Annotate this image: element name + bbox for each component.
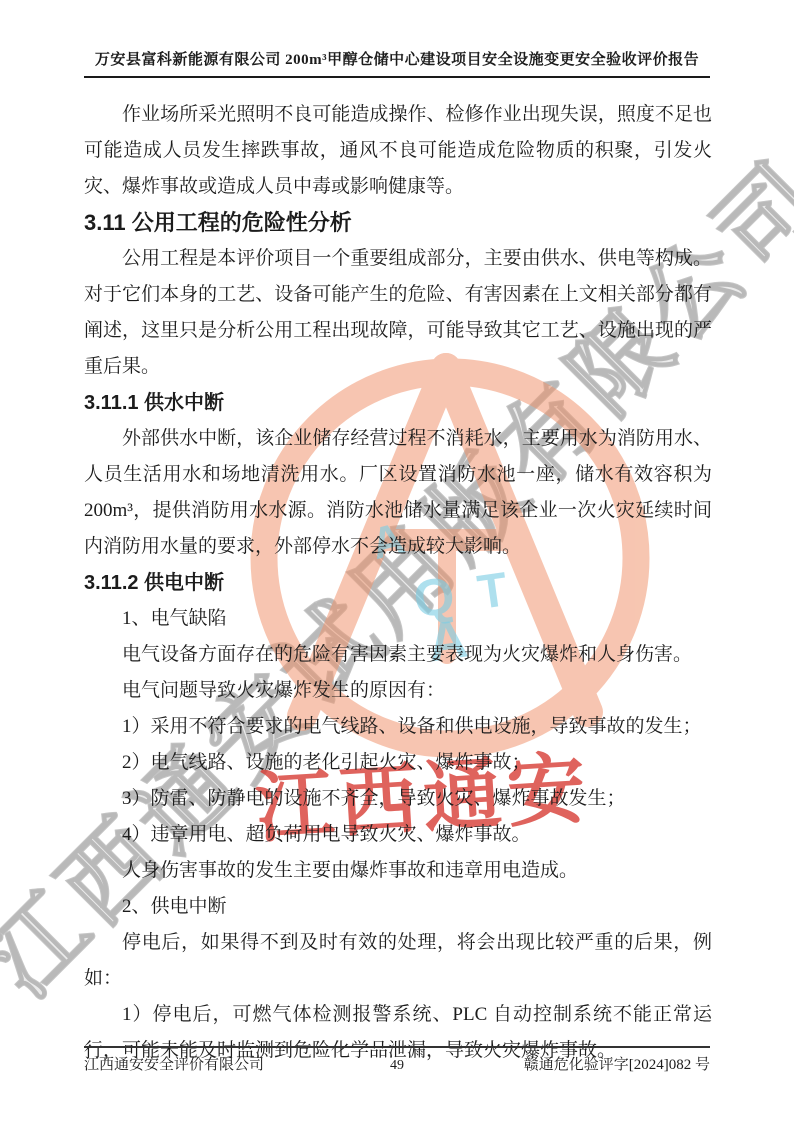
body-paragraph: 2、供电中断 (84, 889, 712, 925)
document-content: 万安县富科新能源有限公司 200m³甲醇仓储中心建设项目安全设施变更安全验收评价… (0, 0, 794, 1123)
document-body: 作业场所采光照明不良可能造成操作、检修作业出现失误，照度不足也可能造成人员发生摔… (84, 97, 712, 1069)
footer-doc-number: 赣通危化验评字[2024]082 号 (404, 1053, 710, 1074)
body-paragraph: 3）防雷、防静电的设施不齐全，导致火灾、爆炸事故发生； (84, 781, 712, 817)
document-footer: 江西通安安全评价有限公司 49 赣通危化验评字[2024]082 号 (84, 1046, 710, 1074)
section-heading: 3.11 公用工程的危险性分析 (84, 205, 712, 241)
section-heading: 3.11.2 供电中断 (84, 565, 712, 601)
section-heading: 3.11.1 供水中断 (84, 385, 712, 421)
body-paragraph: 1）采用不符合要求的电气线路、设备和供电设施，导致事故的发生； (84, 709, 712, 745)
footer-company-name: 江西通安安全评价有限公司 (84, 1053, 390, 1074)
body-paragraph: 2）电气线路、设施的老化引起火灾、爆炸事故； (84, 745, 712, 781)
report-header-title: 万安县富科新能源有限公司 200m³甲醇仓储中心建设项目安全设施变更安全验收评价… (84, 48, 710, 78)
body-paragraph: 1、电气缺陷 (84, 601, 712, 637)
body-paragraph: 电气设备方面存在的危险有害因素主要表现为火灾爆炸和人身伤害。 (84, 637, 712, 673)
report-page: 江西通安试用版有限公司 AQTA 江西通安 万安县富科新能源有限公司 200m³… (0, 0, 794, 1123)
body-paragraph: 停电后，如果得不到及时有效的处理，将会出现比较严重的后果，例如： (84, 925, 712, 997)
footer-page-number: 49 (390, 1058, 404, 1074)
body-paragraph: 4）违章用电、超负荷用电导致火灾、爆炸事故。 (84, 817, 712, 853)
body-paragraph: 人身伤害事故的发生主要由爆炸事故和违章用电造成。 (84, 853, 712, 889)
body-paragraph: 外部供水中断，该企业储存经营过程不消耗水，主要用水为消防用水、人员生活用水和场地… (84, 421, 712, 565)
body-paragraph: 作业场所采光照明不良可能造成操作、检修作业出现失误，照度不足也可能造成人员发生摔… (84, 97, 712, 205)
body-paragraph: 公用工程是本评价项目一个重要组成部分，主要由供水、供电等构成。对于它们本身的工艺… (84, 241, 712, 385)
body-paragraph: 电气问题导致火灾爆炸发生的原因有： (84, 673, 712, 709)
